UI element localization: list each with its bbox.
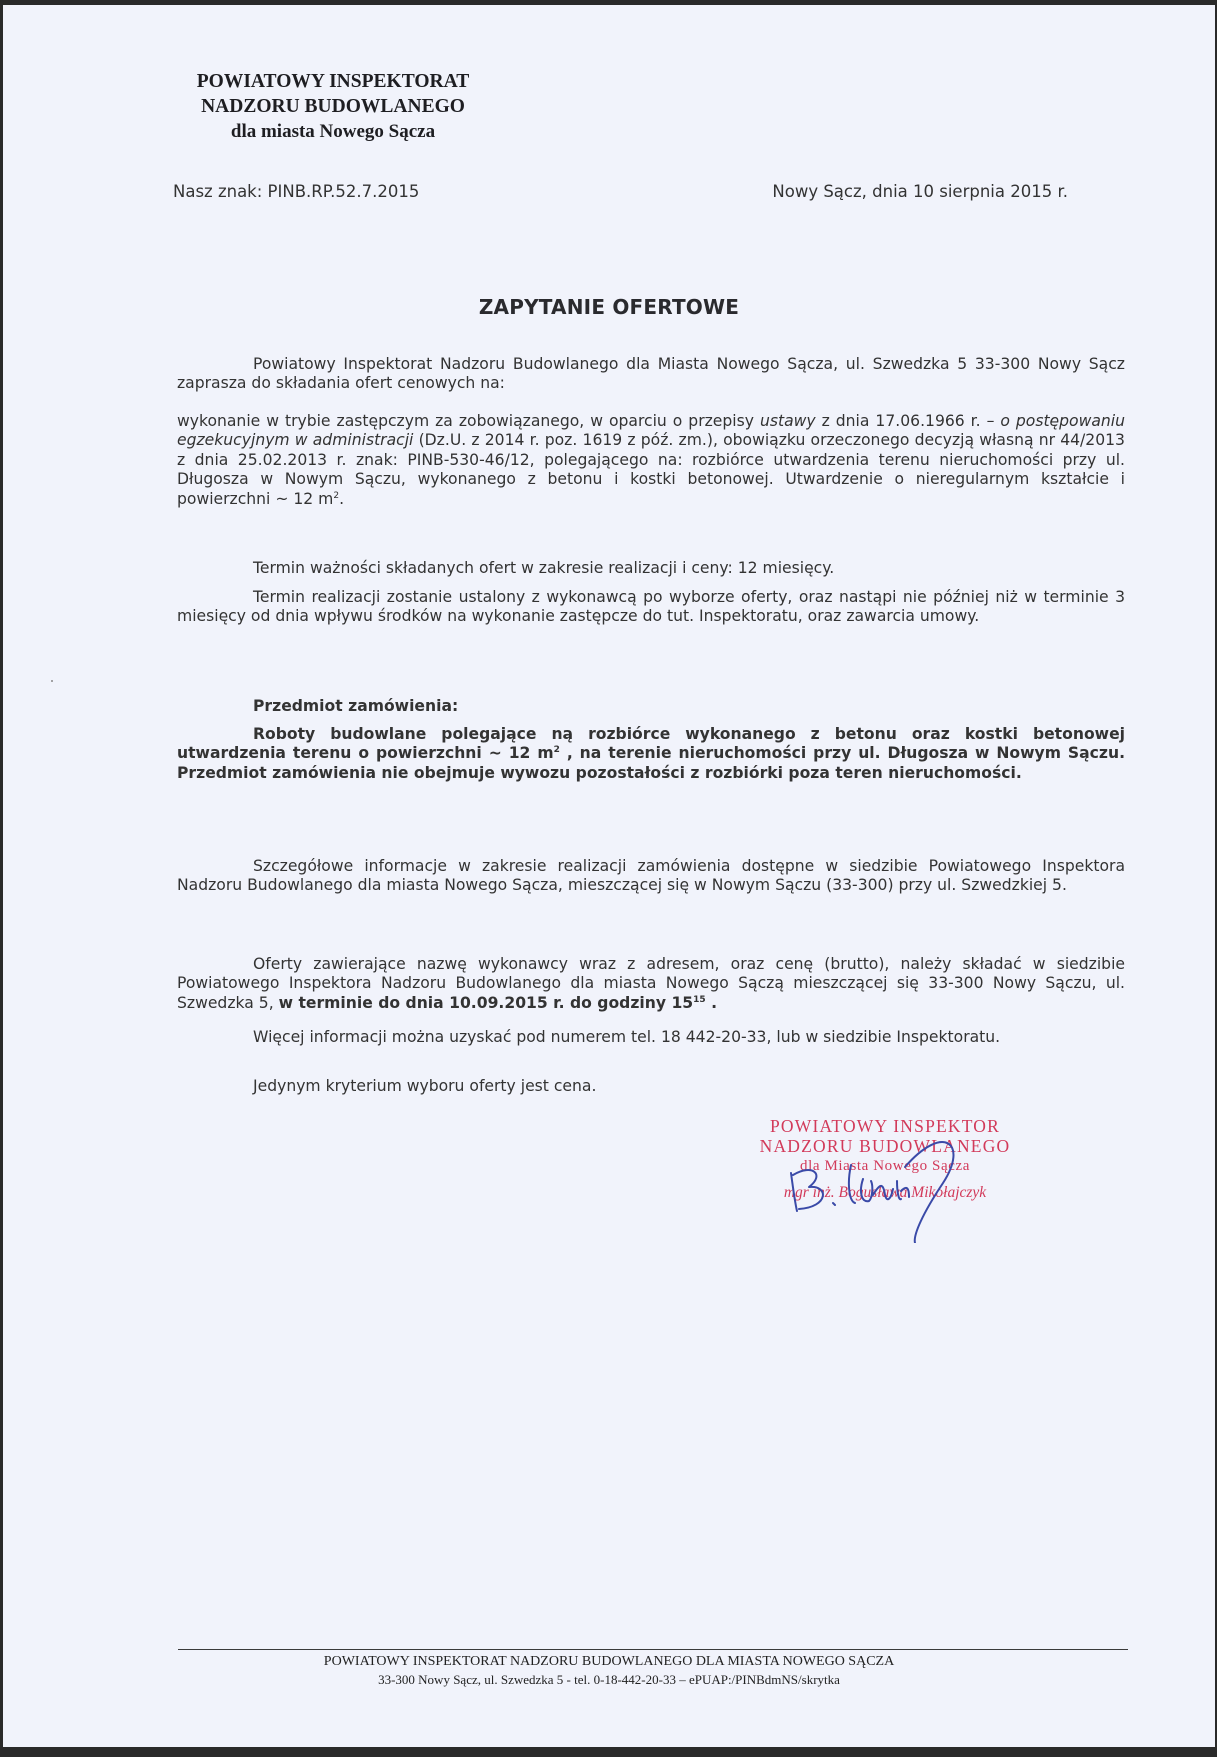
- offers-superscript: 15: [693, 995, 706, 1005]
- letterhead: POWIATOWY INSPEKTORAT NADZORU BUDOWLANEG…: [153, 69, 513, 144]
- validity-text: Termin ważności składanych ofert w zakre…: [177, 559, 1125, 578]
- scope-part-2: z dnia 17.06.1966 r.: [816, 412, 987, 430]
- offers-deadline: w terminie do dnia 10.09.2015 r. do godz…: [279, 994, 694, 1012]
- offers-end: .: [706, 994, 717, 1012]
- scope-paragraph: wykonanie w trybie zastępczym za zobowią…: [177, 412, 1125, 509]
- document-page: POWIATOWY INSPEKTORAT NADZORU BUDOWLANEG…: [3, 5, 1215, 1747]
- scope-law-italic-1: ustawy: [760, 412, 816, 430]
- place-and-date: Nowy Sącz, dnia 10 sierpnia 2015 r.: [772, 182, 1068, 201]
- footer-line-1: POWIATOWY INSPEKTORAT NADZORU BUDOWLANEG…: [3, 1653, 1215, 1671]
- more-info-text: Więcej informacji można uzyskać pod nume…: [177, 1028, 1125, 1047]
- offers-text: Oferty zawierające nazwę wykonawcy wraz …: [177, 955, 1125, 1013]
- scope-text: wykonanie w trybie zastępczym za zobowią…: [177, 412, 1125, 509]
- subject-paragraph: Roboty budowlane polegające ną rozbiórce…: [177, 725, 1125, 783]
- scope-end: .: [339, 490, 344, 508]
- criterion-paragraph: Jedynym kryterium wyboru oferty jest cen…: [177, 1077, 1125, 1096]
- details-paragraph: Szczegółowe informacje w zakresie realiz…: [177, 857, 1125, 896]
- realization-paragraph: Termin realizacji zostanie ustalony z wy…: [177, 588, 1125, 627]
- reference-number: Nasz znak: PINB.RP.52.7.2015: [173, 182, 419, 201]
- validity-paragraph: Termin ważności składanych ofert w zakre…: [177, 559, 1125, 578]
- scan-speck: [51, 680, 53, 682]
- subject-text: Roboty budowlane polegające ną rozbiórce…: [177, 725, 1125, 783]
- footer: POWIATOWY INSPEKTORAT NADZORU BUDOWLANEG…: [3, 1653, 1215, 1688]
- intro-text: Powiatowy Inspektorat Nadzoru Budowlaneg…: [177, 355, 1125, 394]
- subject-heading: Przedmiot zamówienia:: [177, 697, 1125, 716]
- letterhead-line-1: POWIATOWY INSPEKTORAT: [153, 69, 513, 94]
- more-info-paragraph: Więcej informacji można uzyskać pod nume…: [177, 1028, 1125, 1047]
- offers-paragraph: Oferty zawierające nazwę wykonawcy wraz …: [177, 955, 1125, 1013]
- handwritten-signature-icon: [773, 1103, 1033, 1243]
- document-title: ZAPYTANIE OFERTOWE: [3, 295, 1215, 319]
- letterhead-line-2: NADZORU BUDOWLANEGO: [153, 94, 513, 119]
- footer-line-2: 33-300 Nowy Sącz, ul. Szwedzka 5 - tel. …: [3, 1671, 1215, 1688]
- scope-part-1: wykonanie w trybie zastępczym za zobowią…: [177, 412, 760, 430]
- letterhead-line-3: dla miasta Nowego Sącza: [153, 119, 513, 144]
- criterion-text: Jedynym kryterium wyboru oferty jest cen…: [177, 1077, 1125, 1096]
- intro-paragraph: Powiatowy Inspektorat Nadzoru Budowlaneg…: [177, 355, 1125, 394]
- details-text: Szczegółowe informacje w zakresie realiz…: [177, 857, 1125, 896]
- footer-divider: [178, 1649, 1128, 1650]
- realization-text: Termin realizacji zostanie ustalony z wy…: [177, 588, 1125, 627]
- subject-heading-block: Przedmiot zamówienia:: [177, 697, 1125, 716]
